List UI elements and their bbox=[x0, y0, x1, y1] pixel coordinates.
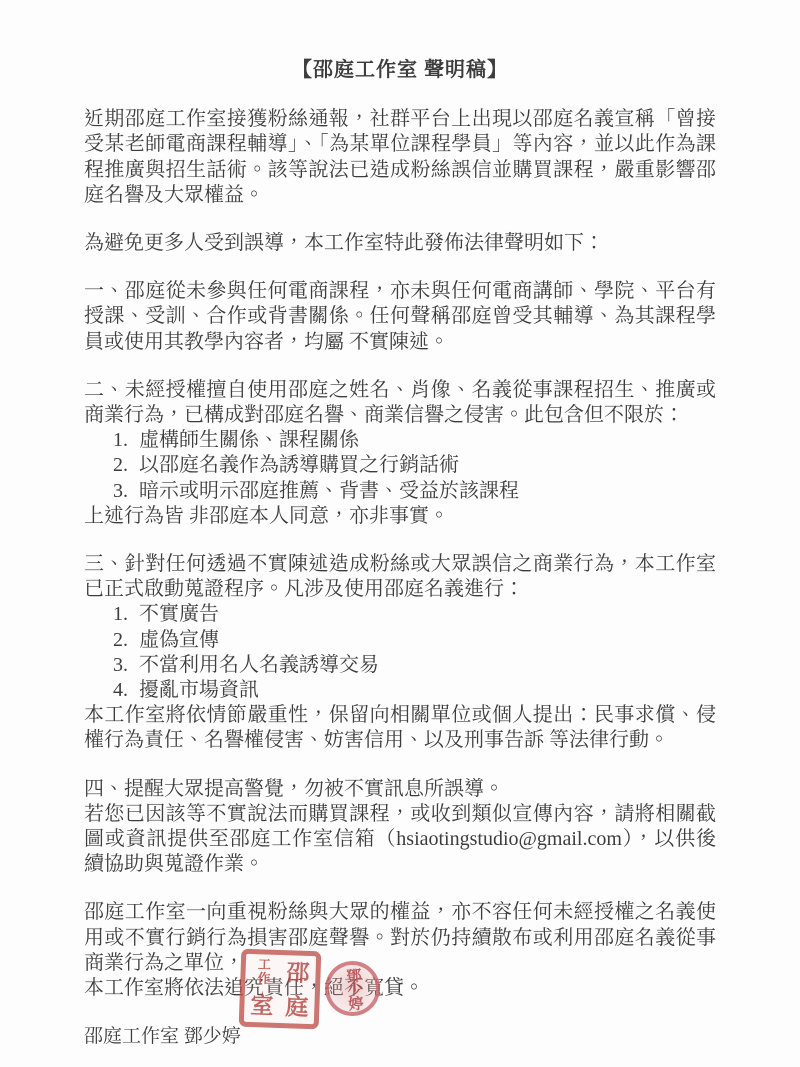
seal-char-shi: 室 bbox=[244, 988, 280, 1023]
numbered-list: 1. 不實廣告 2. 虛偽宣傳 3. 不當利用名人名義誘導交易 4. 擾亂市場資… bbox=[84, 602, 716, 703]
intro-paragraph: 近期邵庭工作室接獲粉絲通報，社群平台上出現以邵庭名義宣稱「曾接受某老師電商課程輔… bbox=[84, 107, 716, 208]
item-text: 暗示或明示邵庭推薦、背書、受益於該課程 bbox=[139, 479, 716, 504]
page-title: 【邵庭工作室 聲明稿】 bbox=[84, 58, 716, 83]
seal-char-ting: 庭 bbox=[279, 989, 315, 1024]
numbered-list: 1. 虛構師生關係、課程關係 2. 以邵庭名義作為誘導購買之行銷話術 3. 暗示… bbox=[84, 428, 716, 504]
list-item: 2. 以邵庭名義作為誘導購買之行銷話術 bbox=[84, 453, 716, 478]
item-number: 4. bbox=[113, 678, 139, 703]
item-number: 1. bbox=[113, 602, 139, 627]
section-footer: 上述行為皆 非邵庭本人同意，亦非事實。 bbox=[84, 504, 716, 529]
seal-char-shao: 邵 bbox=[280, 955, 316, 990]
section-body: 一、邵庭從未參與任何電商課程，亦未與任何電商講師、學院、平台有授課、受訓、合作或… bbox=[84, 279, 716, 355]
closing-line: 邵庭工作室一向重視粉絲與大眾的權益，亦不容任何未經授權之名義使用或不實行銷行為損… bbox=[84, 900, 716, 976]
closing-line: 本工作室將依法追究責任，絕不寬貸。 bbox=[84, 976, 716, 1001]
item-number: 3. bbox=[113, 479, 139, 504]
statement-section-4: 四、提醒大眾提高警覺，勿被不實訊息所誤導。 若您已因該等不實說法而購買課程，或收… bbox=[84, 777, 716, 878]
item-number: 2. bbox=[113, 453, 139, 478]
list-item: 3. 不當利用名人名義誘導交易 bbox=[84, 653, 716, 678]
list-item: 2. 虛偽宣傳 bbox=[84, 628, 716, 653]
preface-paragraph: 為避免更多人受到誤導，本工作室特此發佈法律聲明如下： bbox=[84, 231, 716, 256]
list-item: 1. 虛構師生關係、課程關係 bbox=[84, 428, 716, 453]
item-text: 虛偽宣傳 bbox=[139, 628, 716, 653]
item-number: 1. bbox=[113, 428, 139, 453]
item-number: 2. bbox=[113, 628, 139, 653]
list-item: 1. 不實廣告 bbox=[84, 602, 716, 627]
list-item: 3. 暗示或明示邵庭推薦、背書、受益於該課程 bbox=[84, 479, 716, 504]
item-text: 虛構師生關係、課程關係 bbox=[139, 428, 716, 453]
section-body: 四、提醒大眾提高警覺，勿被不實訊息所誤導。 bbox=[84, 777, 716, 802]
statement-section-2: 二、未經授權擅自使用邵庭之姓名、肖像、名義從事課程招生、推廣或商業行為，已構成對… bbox=[84, 378, 716, 529]
studio-square-seal: 工作 邵 室 庭 bbox=[239, 949, 322, 1030]
item-number: 3. bbox=[113, 653, 139, 678]
item-text: 不當利用名人名義誘導交易 bbox=[139, 653, 716, 678]
section-footer: 本工作室將依情節嚴重性，保留向相關單位或個人提出：民事求償、侵權行為責任、名譽權… bbox=[84, 703, 716, 753]
statement-page: 【邵庭工作室 聲明稿】 近期邵庭工作室接獲粉絲通報，社群平台上出現以邵庭名義宣稱… bbox=[0, 0, 800, 1067]
seal-name-text: 鄧少婷 bbox=[343, 967, 362, 1010]
item-text: 不實廣告 bbox=[139, 602, 716, 627]
statement-section-1: 一、邵庭從未參與任何電商課程，亦未與任何電商講師、學院、平台有授課、受訓、合作或… bbox=[84, 279, 716, 355]
signature-line: 邵庭工作室 鄧少婷 bbox=[84, 1024, 716, 1049]
closing-paragraph: 邵庭工作室一向重視粉絲與大眾的權益，亦不容任何未經授權之名義使用或不實行銷行為損… bbox=[84, 900, 716, 1001]
item-text: 擾亂市場資訊 bbox=[139, 678, 716, 703]
item-text: 以邵庭名義作為誘導購買之行銷話術 bbox=[139, 453, 716, 478]
statement-section-3: 三、針對任何透過不實陳述造成粉絲或大眾誤信之商業行為，本工作室已正式啟動蒐證程序… bbox=[84, 552, 716, 754]
section-body: 三、針對任何透過不實陳述造成粉絲或大眾誤信之商業行為，本工作室已正式啟動蒐證程序… bbox=[84, 552, 716, 602]
list-item: 4. 擾亂市場資訊 bbox=[84, 678, 716, 703]
seal-char-gongzuo: 工作 bbox=[245, 954, 281, 989]
section-body: 二、未經授權擅自使用邵庭之姓名、肖像、名義從事課程招生、推廣或商業行為，已構成對… bbox=[84, 378, 716, 428]
section-footer: 若您已因該等不實說法而購買課程，或收到類似宣傳內容，請將相關截圖或資訊提供至邵庭… bbox=[84, 802, 716, 878]
